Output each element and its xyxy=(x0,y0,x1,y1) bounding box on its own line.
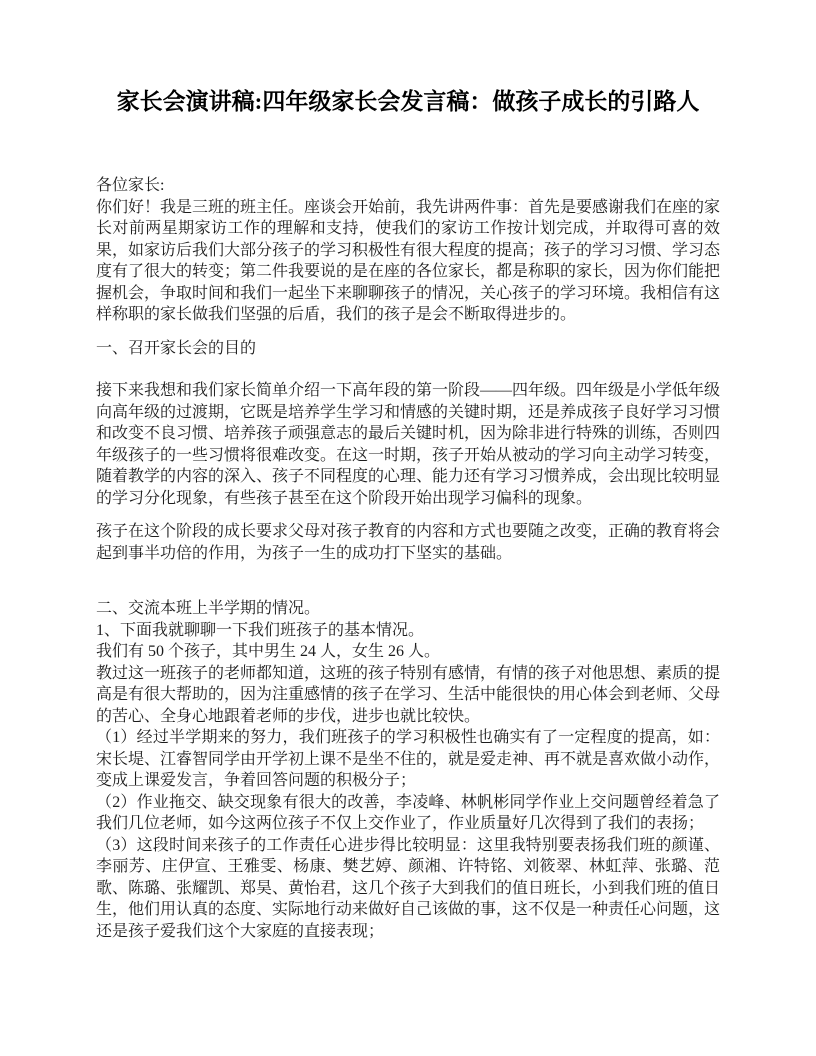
section1-heading: 一、召开家长会的目的 xyxy=(96,338,720,360)
section2-item-1-study-motivation: （1）经过半学期来的努力，我们班孩子的学习积极性也确实有了一定程度的提高，如：宋… xyxy=(96,727,720,792)
section2-subpoint-1: 1、下面我就聊聊一下我们班孩子的基本情况。 xyxy=(96,620,720,642)
section2-heading: 二、交流本班上半学期的情况。 xyxy=(96,598,720,620)
section2-item-3-responsibility-praise: （3）这段时间来孩子的工作责任心进步得比较明显：这里我特别要表扬我们班的颜谨、李… xyxy=(96,835,720,943)
document-page: 家长会演讲稿:四年级家长会发言稿：做孩子成长的引路人 各位家长: 你们好！我是三… xyxy=(0,0,816,1056)
class-statistics-line: 我们有 50 个孩子，其中男生 24 人，女生 26 人。 xyxy=(96,641,720,663)
section2-paragraph-class-character: 教过这一班孩子的老师都知道，这班的孩子特别有感情，有情的孩子对他思想、素质的提高… xyxy=(96,663,720,728)
salutation: 各位家长: xyxy=(96,175,720,197)
document-body: 各位家长: 你们好！我是三班的班主任。座谈会开始前，我先讲两件事：首先是要感谢我… xyxy=(96,175,720,942)
opening-paragraph: 你们好！我是三班的班主任。座谈会开始前，我先讲两件事：首先是要感谢我们在座的家长… xyxy=(96,197,720,326)
document-title: 家长会演讲稿:四年级家长会发言稿：做孩子成长的引路人 xyxy=(96,86,720,117)
section1-paragraph-grade-overview: 接下来我想和我们家长简单介绍一下高年段的第一阶段——四年级。四年级是小学低年级向… xyxy=(96,380,720,509)
section2-item-2-homework-improvement: （2）作业拖交、缺交现象有很大的改善，李凌峰、林帆彬同学作业上交问题曾经着急了我… xyxy=(96,792,720,835)
section1-paragraph-parenting-advice: 孩子在这个阶段的成长要求父母对孩子教育的内容和方式也要随之改变，正确的教育将会起… xyxy=(96,521,720,564)
